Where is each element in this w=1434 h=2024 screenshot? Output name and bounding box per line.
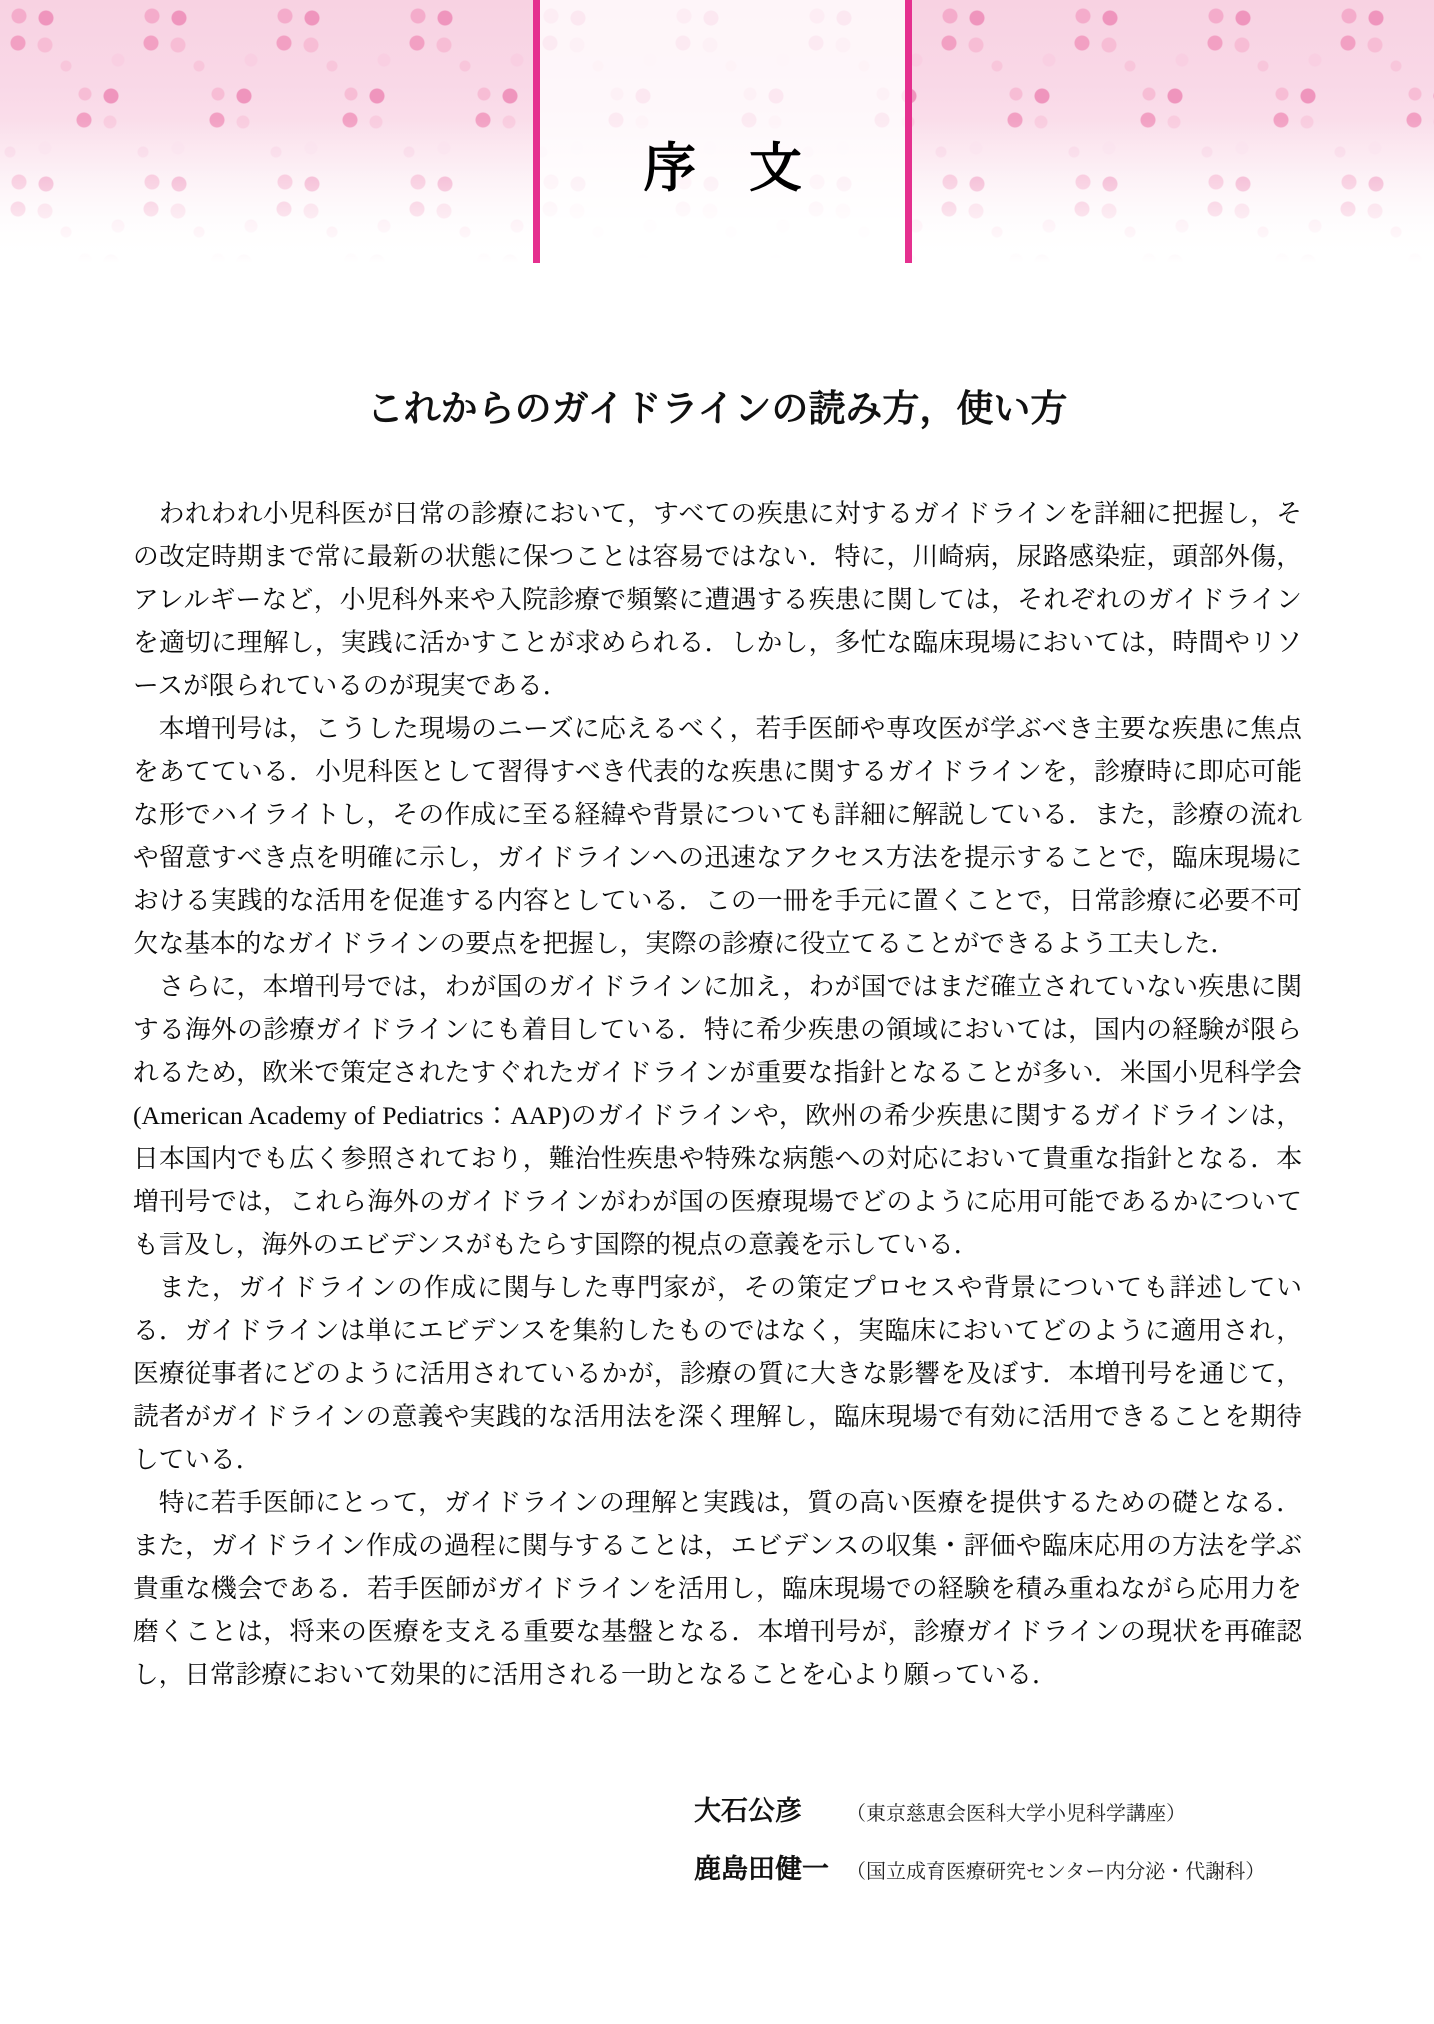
author-row: 大石公彦 （東京慈恵会医科大学小児科学講座）	[694, 1789, 1265, 1828]
accent-bar-left	[533, 0, 540, 263]
page: 序 文 これからのガイドラインの読み方，使い方 われわれ小児科医が日常の診療にお…	[0, 0, 1434, 2024]
page-title: 序 文	[533, 140, 912, 198]
header-banner: 序 文	[0, 0, 1434, 263]
author-block: 大石公彦 （東京慈恵会医科大学小児科学講座） 鹿島田健一 （国立成育医療研究セン…	[694, 1789, 1265, 1905]
author-name: 大石公彦	[694, 1789, 846, 1828]
author-row: 鹿島田健一 （国立成育医療研究センター内分泌・代謝科）	[694, 1847, 1265, 1886]
header-title-panel	[540, 0, 905, 263]
accent-bar-right	[905, 0, 912, 263]
paragraph-2: 本増刊号は，こうした現場のニーズに応えるべく，若手医師や専攻医が学ぶべき主要な疾…	[133, 707, 1302, 965]
author-affiliation: （国立成育医療研究センター内分泌・代謝科）	[846, 1855, 1265, 1884]
paragraph-1: われわれ小児科医が日常の診療において，すべての疾患に対するガイドラインを詳細に把…	[133, 492, 1302, 707]
article-subtitle: これからのガイドラインの読み方，使い方	[0, 378, 1434, 432]
paragraph-3: さらに，本増刊号では，わが国のガイドラインに加え，わが国ではまだ確立されていない…	[133, 965, 1302, 1266]
paragraph-5: 特に若手医師にとって，ガイドラインの理解と実践は，質の高い医療を提供するための礎…	[133, 1481, 1302, 1696]
author-affiliation: （東京慈恵会医科大学小児科学講座）	[846, 1797, 1186, 1826]
body-text: われわれ小児科医が日常の診療において，すべての疾患に対するガイドラインを詳細に把…	[133, 492, 1302, 1696]
paragraph-4: また，ガイドラインの作成に関与した専門家が，その策定プロセスや背景についても詳述…	[133, 1266, 1302, 1481]
author-name: 鹿島田健一	[694, 1847, 846, 1886]
